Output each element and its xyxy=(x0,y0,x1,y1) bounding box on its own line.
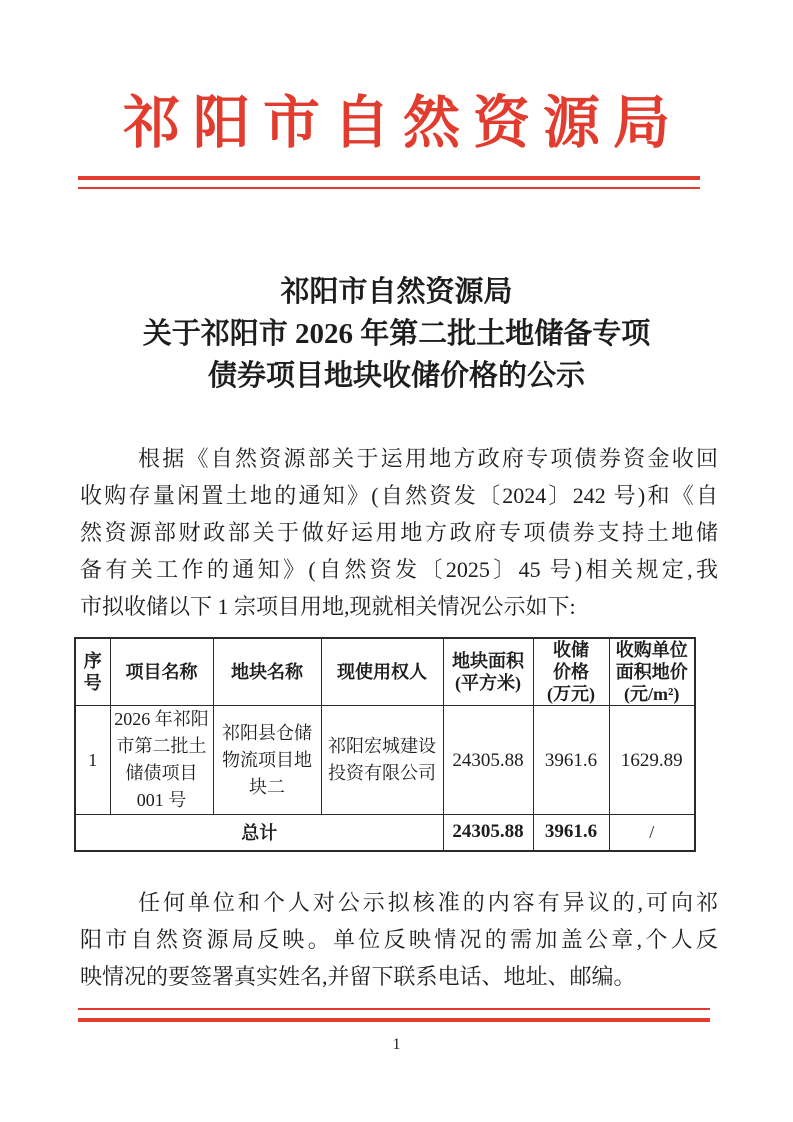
body-line: 根据《自然资源部关于运用地方政府专项债券资金收回 xyxy=(80,440,718,477)
col-header-price: 收储 价格 (万元) xyxy=(533,638,609,706)
col-header-user: 现使用权人 xyxy=(321,638,443,706)
letterhead-rule-thin xyxy=(78,187,700,189)
total-area: 24305.88 xyxy=(443,815,533,851)
agency-letterhead: 祁阳市自然资源局 xyxy=(0,90,793,158)
page-number: 1 xyxy=(0,1036,793,1054)
col-header-parcel: 地块名称 xyxy=(213,638,321,706)
table-total-row: 总计 24305.88 3961.6 / xyxy=(75,815,695,851)
official-notice-page: 祁阳市自然资源局 祁阳市自然资源局 关于祁阳市 2026 年第二批土地储备专项 … xyxy=(0,0,793,1122)
title-line-1: 祁阳市自然资源局 xyxy=(0,271,793,313)
body-line: 然资源部财政部关于做好运用地方政府专项债券支持土地储 xyxy=(80,514,718,551)
body-line: 市拟收储以下 1 宗项目用地,现就相关情况公示如下: xyxy=(80,588,718,625)
col-header-unit-price: 收购单位 面积地价 (元/m²) xyxy=(609,638,695,706)
col-header-area: 地块面积 (平方米) xyxy=(443,638,533,706)
letterhead-rule-thick xyxy=(78,176,700,180)
closing-line: 映情况的要签署真实姓名,并留下联系电话、地址、邮编。 xyxy=(80,958,718,995)
body-paragraph: 根据《自然资源部关于运用地方政府专项债券资金收回 收购存量闲置土地的通知》(自然… xyxy=(80,440,718,625)
cell-unit-price: 1629.89 xyxy=(609,706,695,815)
total-label: 总计 xyxy=(75,815,443,851)
total-price: 3961.6 xyxy=(533,815,609,851)
table-header-row: 序 号 项目名称 地块名称 现使用权人 地块面积 (平方米) 收储 价格 (万元… xyxy=(75,638,695,706)
total-unit-price: / xyxy=(609,815,695,851)
closing-line: 任何单位和个人对公示拟核准的内容有异议的,可向祁 xyxy=(80,884,718,921)
title-line-2: 关于祁阳市 2026 年第二批土地储备专项 xyxy=(0,313,793,355)
footer-rule-thin xyxy=(78,1008,710,1010)
body-line: 备有关工作的通知》(自然资发〔2025〕45 号)相关规定,我 xyxy=(80,551,718,588)
cell-current-user: 祁阳宏城建设 投资有限公司 xyxy=(321,706,443,815)
cell-area: 24305.88 xyxy=(443,706,533,815)
col-header-index: 序 号 xyxy=(75,638,110,706)
title-line-3: 债券项目地块收储价格的公示 xyxy=(0,355,793,397)
document-title: 祁阳市自然资源局 关于祁阳市 2026 年第二批土地储备专项 债券项目地块收储价… xyxy=(0,271,793,397)
cell-index: 1 xyxy=(75,706,110,815)
table-row: 1 2026 年祁阳 市第二批土 储债项目 001 号 祁阳县仓储 物流项目地 … xyxy=(75,706,695,815)
footer-rule-thick xyxy=(78,1018,710,1022)
cell-parcel-name: 祁阳县仓储 物流项目地 块二 xyxy=(213,706,321,815)
cell-price: 3961.6 xyxy=(533,706,609,815)
cell-project-name: 2026 年祁阳 市第二批土 储债项目 001 号 xyxy=(110,706,213,815)
closing-line: 阳市自然资源局反映。单位反映情况的需加盖公章,个人反 xyxy=(80,921,718,958)
col-header-project: 项目名称 xyxy=(110,638,213,706)
body-line: 收购存量闲置土地的通知》(自然资发〔2024〕242 号)和《自 xyxy=(80,477,718,514)
land-acquisition-table: 序 号 项目名称 地块名称 现使用权人 地块面积 (平方米) 收储 价格 (万元… xyxy=(74,637,696,852)
closing-paragraph: 任何单位和个人对公示拟核准的内容有异议的,可向祁 阳市自然资源局反映。单位反映情… xyxy=(80,884,718,995)
